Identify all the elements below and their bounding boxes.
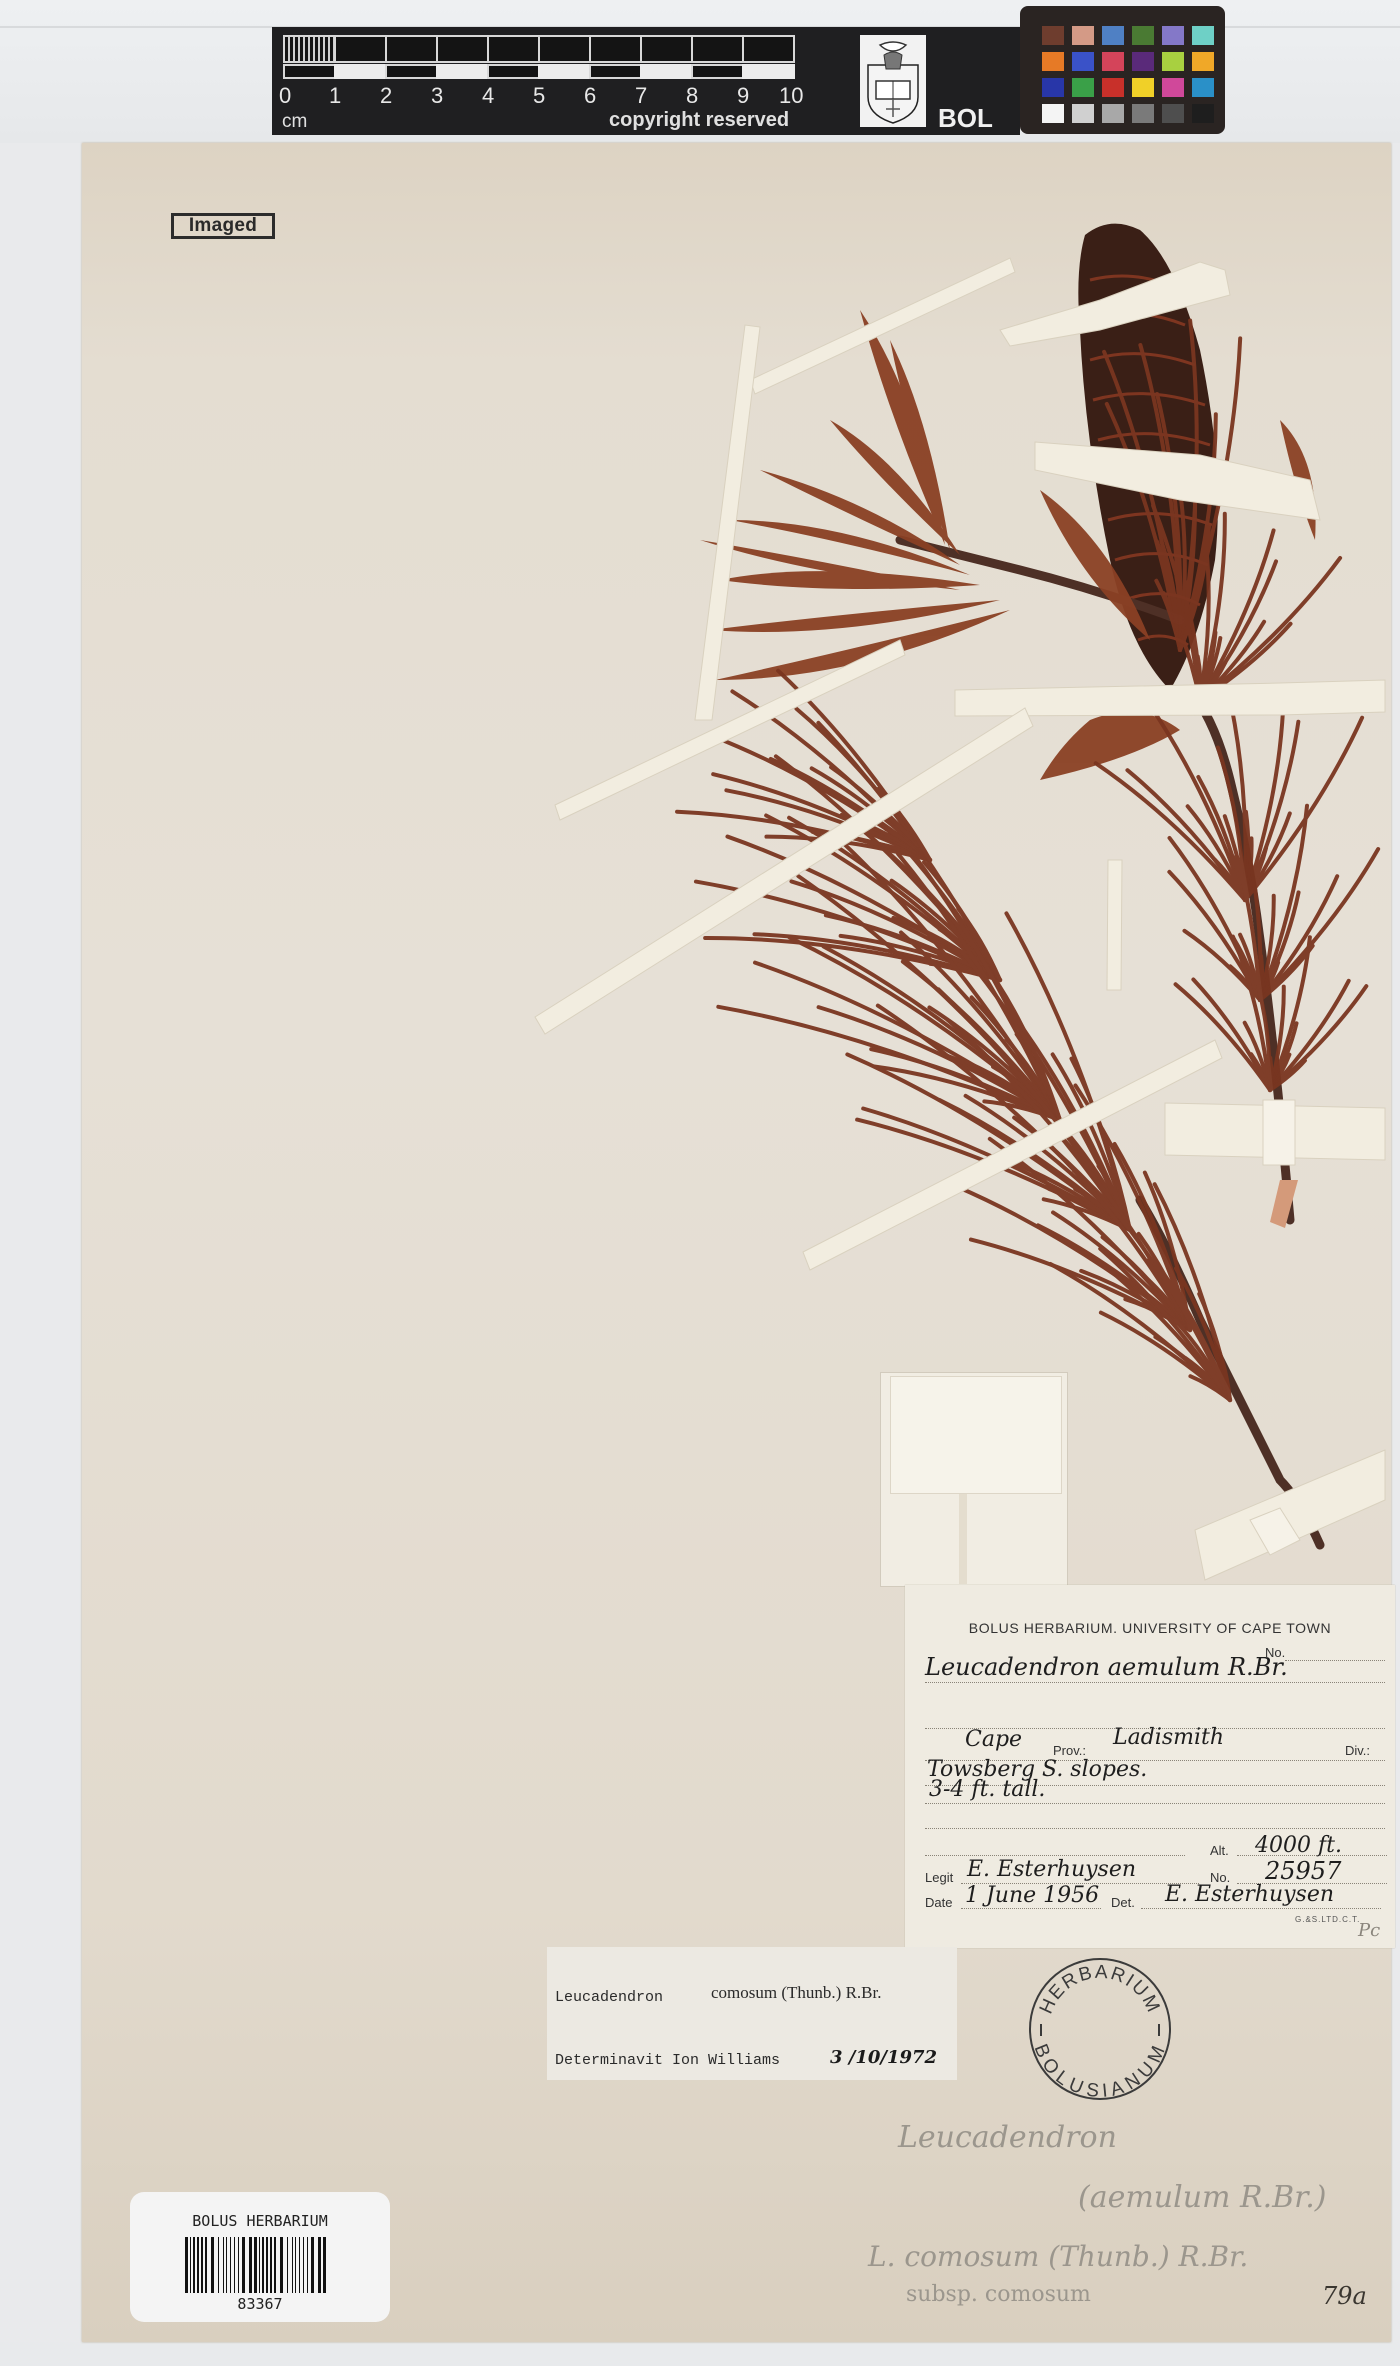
svg-text:BOLUSIANUM: BOLUSIANUM (1030, 2041, 1171, 2102)
pencil-current-name: L. comosum (Thunb.) R.Br. (868, 2240, 1248, 2273)
pencil-subspecies: subsp. comosum (906, 2282, 1091, 2307)
label-printer: G.&S.LTD.C.T. (1295, 1915, 1360, 1924)
label-date: 1 June 1956 (965, 1883, 1099, 1908)
det-species: comosum (Thunb.) R.Br. (711, 1983, 881, 2003)
label-collector: E. Esterhuysen (967, 1857, 1136, 1882)
packet-flap[interactable] (890, 1376, 1062, 1494)
label-province: Cape (965, 1727, 1022, 1752)
barcode-number: 83367 (130, 2295, 390, 2313)
label-prov-caption: Prov.: (1053, 1743, 1086, 1758)
barcode-label: BOLUS HERBARIUM 83367 (130, 2192, 390, 2322)
sheet-reference: 79a (1322, 2282, 1367, 2310)
label-header: BOLUS HERBARIUM. UNIVERSITY OF CAPE TOWN (905, 1620, 1395, 1636)
label-altitude: 4000 ft. (1255, 1833, 1342, 1858)
barcode-title: BOLUS HERBARIUM (130, 2212, 390, 2230)
label-legit-caption: Legit (925, 1870, 953, 1885)
collection-label: BOLUS HERBARIUM. UNIVERSITY OF CAPE TOWN… (905, 1585, 1395, 1948)
barcode-icon[interactable] (185, 2237, 330, 2293)
label-division: Ladismith (1113, 1725, 1224, 1750)
label-habit: 3-4 ft. tall. (929, 1777, 1045, 1802)
det-determinavit: Determinavit Ion Williams (555, 2052, 780, 2069)
label-alt-caption: Alt. (1210, 1843, 1229, 1858)
label-det-caption: Det. (1111, 1895, 1135, 1910)
determination-slip: Leucadendron comosum (Thunb.) R.Br. Dete… (547, 1947, 957, 2080)
label-date-caption: Date (925, 1895, 952, 1910)
fragment-packet[interactable] (880, 1372, 1068, 1587)
svg-text:HERBARIUM: HERBARIUM (1036, 1962, 1164, 2017)
label-collector-number: 25957 (1265, 1857, 1341, 1885)
pencil-genus: Leucadendron (898, 2120, 1117, 2155)
packet-fold-gap (959, 1494, 967, 1584)
label-taxon: Leucadendron aemulum R.Br. (925, 1653, 1288, 1681)
det-date: 3 /10/1972 (830, 2047, 937, 2068)
det-genus: Leucadendron (555, 1989, 663, 2006)
label-div-caption: Div.: (1345, 1743, 1370, 1758)
herbarium-bolusianum-stamp: HERBARIUM BOLUSIANUM (1027, 1956, 1173, 2102)
label-determiner: E. Esterhuysen (1165, 1882, 1334, 1907)
margin-note: Pc (1358, 1920, 1380, 1941)
pencil-old-name: (aemulum R.Br.) (1078, 2180, 1326, 2215)
